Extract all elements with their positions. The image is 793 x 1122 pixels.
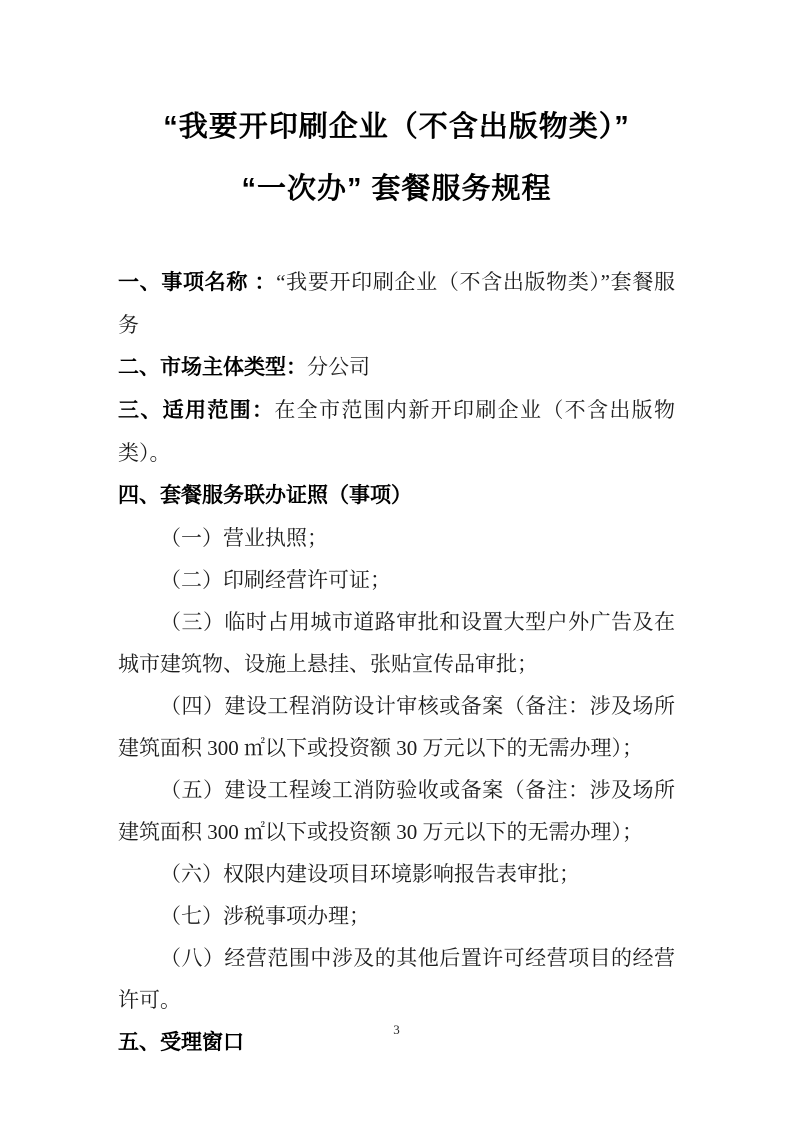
text-run: （八）经营范围中涉及的其他后置许可经营项目的经营许可。 <box>118 946 675 1012</box>
paragraph: 二、市场主体类型：分公司 <box>118 346 675 389</box>
document-title-line-1: “我要开印刷企业（不含出版物类）” <box>0 96 793 158</box>
paragraph: （四）建设工程消防设计审核或备案（备注：涉及场所建筑面积 300 ㎡以下或投资额… <box>118 685 675 769</box>
paragraph: 四、套餐服务联办证照（事项） <box>118 474 675 517</box>
text-run: （四）建设工程消防设计审核或备案（备注：涉及场所建筑面积 300 ㎡以下或投资额… <box>118 694 675 760</box>
text-run: 分公司 <box>307 355 370 379</box>
paragraph: （三）临时占用城市道路审批和设置大型户外广告及在城市建筑物、设施上悬挂、张贴宣传… <box>118 601 675 685</box>
page-number: 3 <box>0 1022 793 1038</box>
paragraph: 一、事项名称 ：“我要开印刷企业（不含出版物类）”套餐服务 <box>118 261 675 346</box>
text-run: （五）建设工程竣工消防验收或备案（备注：涉及场所建筑面积 300 ㎡以下或投资额… <box>118 778 675 844</box>
document-title: “我要开印刷企业（不含出版物类）” “一次办” 套餐服务规程 <box>0 0 793 220</box>
document-title-line-2: “一次办” 套餐服务规程 <box>0 158 793 220</box>
text-run: （三）临时占用城市道路审批和设置大型户外广告及在城市建筑物、设施上悬挂、张贴宣传… <box>118 610 675 676</box>
text-run: （七）涉税事项办理； <box>160 904 370 928</box>
paragraph: 三、适用范围：在全市范围内新开印刷企业（不含出版物类）。 <box>118 389 675 474</box>
text-run: （六）权限内建设项目环境影响报告表审批； <box>160 862 580 886</box>
text-run: （二）印刷经营许可证； <box>160 568 391 592</box>
paragraph: （一）营业执照； <box>118 517 675 559</box>
paragraph: （五）建设工程竣工消防验收或备案（备注：涉及场所建筑面积 300 ㎡以下或投资额… <box>118 769 675 853</box>
document-page: “我要开印刷企业（不含出版物类）” “一次办” 套餐服务规程 一、事项名称 ：“… <box>0 0 793 1122</box>
heading-run: 一、事项名称 ： <box>118 271 276 294</box>
paragraph: （六）权限内建设项目环境影响报告表审批； <box>118 853 675 895</box>
heading-run: 二、市场主体类型： <box>118 356 307 379</box>
heading-run: 四、套餐服务联办证照（事项） <box>118 484 412 507</box>
heading-run: 三、适用范围： <box>118 399 274 422</box>
paragraph: （八）经营范围中涉及的其他后置许可经营项目的经营许可。 <box>118 937 675 1021</box>
paragraph: （七）涉税事项办理； <box>118 895 675 937</box>
paragraph: （二）印刷经营许可证； <box>118 559 675 601</box>
document-body: 一、事项名称 ：“我要开印刷企业（不含出版物类）”套餐服务二、市场主体类型：分公… <box>118 261 675 1064</box>
text-run: （一）营业执照； <box>160 526 328 550</box>
